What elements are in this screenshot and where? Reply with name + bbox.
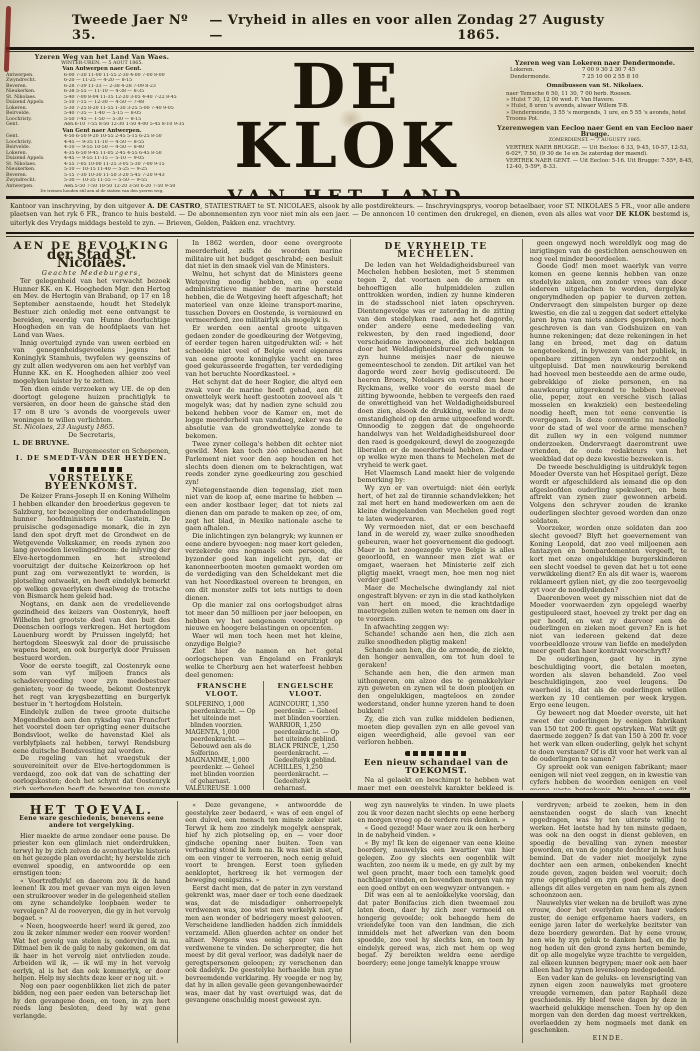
section-heading: VORSTELYKE BYEENKOMST. — [13, 476, 170, 491]
paragraph: Wy vermoeden niet, dat er een beschaefd … — [358, 524, 515, 586]
section-heading: HET TOEVAL. — [13, 806, 170, 814]
articles-band: AEN DE BEVOLKINGder Stad St. Nicolaes.Ge… — [0, 239, 700, 790]
train-schedule-right: Yzeren weg van Lokeren naer Dendermonde.… — [496, 52, 694, 196]
paragraph: Wy zyn er van overtuigd: niet één eerlyk… — [358, 485, 515, 524]
newspaper-subtitle: VAN HET LAND VAN WAES. — [198, 186, 496, 196]
feuilleton-column-1: HET TOEVAL.Eene ware geschiedenis, benev… — [6, 801, 177, 1043]
paragraph: geen ongewyd noch wereldlyk oog mag de i… — [530, 240, 687, 263]
feuilleton-rule — [10, 793, 690, 798]
fleet-item: MAGENTA, 1,000 peerdenkracht. — Gebouwd … — [185, 729, 259, 757]
fleet-item: ACHILLES, 1,250 peerdenkracht. — Gedeelt… — [269, 764, 343, 791]
column-4: geen ongewyd noch wereldlyk oog mag de i… — [522, 239, 694, 790]
paragraph: Nietegenstaende dien tegenslag, ziet men… — [185, 487, 342, 533]
paragraph: Hier maekte de arme zondaer eene pause. … — [13, 833, 170, 878]
issue-date: Zondag 27 Augusty 1865. — [457, 13, 642, 43]
schedule-row: Gent.Aen.6-10 7-55 8-50 12-30 1-50 4-00 … — [6, 122, 198, 128]
paragraph: Gy spreekt ook van eenigen fabrikant; ma… — [530, 764, 687, 790]
section-heading: Yzeren weg van Lokeren naer Dendermonde. — [496, 60, 694, 66]
section-heading: Een nieuw schandael van de TOEKOMST. — [358, 760, 515, 775]
paragraph: Eerst dacht men, dat de pater in zyn ver… — [185, 885, 342, 1005]
paragraph: Schande aen hen, die den armen man uitho… — [358, 670, 515, 716]
paragraph: De ouderlingen, gaet hy in zyne beschuld… — [530, 656, 687, 710]
paragraph: « Neen, hoogweerde heer! werd ik gered, … — [13, 923, 170, 983]
paragraph: Op die manier zal ons oorlogsbudget alra… — [185, 602, 342, 633]
section-heading: Yzerenwegen van Eecloo naer Gent en van … — [496, 125, 694, 138]
paragraph: Het Vlaemsch Land maekt hier de volgende… — [358, 470, 515, 485]
paragraph: Na al gelaekt en beschimpt te hebben wat… — [358, 777, 515, 790]
fleet-item: SOLFERINO, 1,000 peerdenkracht. — Op het… — [185, 701, 259, 729]
column-2: In 1862 werden, door eene overgroote mee… — [177, 239, 349, 790]
fleet-item: AGINCOURT, 1,350 peerdenkr. — Geheel met… — [269, 701, 343, 722]
fleet-heading: FRANSCHE VLOOT. — [185, 683, 259, 698]
paragraph: De leden van het Weldadigheidsbureel van… — [358, 262, 515, 470]
ornament-divider — [61, 467, 123, 472]
paragraph: Waer wil men toch heen met het kleine, o… — [185, 633, 342, 648]
column-1: AEN DE BEVOLKINGder Stad St. Nicolaes.Ge… — [6, 239, 177, 790]
train-schedule-left: Yzeren Weg van het Land Van Waes.WINTER-… — [6, 52, 198, 196]
paragraph: Nog een paer oogenblikken liet zich de p… — [13, 983, 170, 1021]
fleet-item: WARRIOR, 1,250 peerdenkracht. — Op het u… — [269, 722, 343, 743]
section-heading: Omnibussen van St. Nikolaes. — [496, 83, 694, 89]
masthead: DE KLOK VAN HET LAND VAN WAES. WEEKBLAD … — [198, 52, 496, 196]
paragraph: De regeling van het vraegstuk der souver… — [13, 755, 170, 790]
subscription-notice: Kantoor van inschryving, by den uitgever… — [0, 199, 700, 229]
dateline-row: Tweede Jaer Nº 35. — Vryheid in alles en… — [0, 0, 700, 45]
paragraph: Ter gelegenheid van het verwacht bezoek … — [13, 278, 170, 340]
paragraph: Twee zyner collega's hebben dit echter n… — [185, 441, 342, 487]
section-heading: Yzeren Weg van het Land Van Waes. — [6, 55, 198, 61]
paragraph: Nauwelyks vier weken na de bruiloft was … — [530, 900, 687, 975]
paragraph: VERTREK NAER GENT. — Uit Eecloo: 5-16. U… — [496, 158, 694, 171]
paragraph: « Deze gevangene, » antwoordde de geeste… — [185, 802, 342, 885]
paragraph: Een vader kan de geluks- en levensrigtin… — [530, 975, 687, 1035]
paragraph: Het schynt dat de heer Rogier, die altyd… — [185, 379, 342, 441]
paragraph: Schande! schande aen hen, die zich aen z… — [358, 631, 515, 646]
fleet-column: FRANSCHE VLOOT.SOLFERINO, 1,000 peerdenk… — [185, 681, 263, 790]
schedule-row: Dendermonde.7 25 10 00 2 55 8 10 — [496, 74, 694, 80]
fleet-item: MAGNANIME, 1,000 peerdenkr. — Geheel met… — [185, 757, 259, 785]
paragraph: Zy, die zich van zulke middelen bedienen… — [358, 716, 515, 747]
paragraph: « Goed gezegd! Maer waer zou ik een herb… — [358, 825, 515, 840]
section-heading: Eene ware geschiedenis, benevens eene an… — [13, 815, 170, 830]
feuilleton-column-3: weg zyn nauwelyks te vinden. In uwe plae… — [350, 801, 522, 1043]
feuilleton-band: HET TOEVAL.Eene ware geschiedenis, benev… — [0, 801, 700, 1043]
paragraph: « Voortreffelyk! en daerom zou ik de han… — [13, 878, 170, 923]
notice-text: Kantoor van inschryving, by den uitgever… — [10, 202, 690, 227]
paragraph: Nogtans, en dank aen de vredelievende ge… — [13, 601, 170, 663]
section-heading: DE VRYHEID TE MECHELEN. — [358, 244, 515, 259]
ornament-divider — [405, 751, 467, 756]
paragraph: Daerenboven weet gy misschien niet dat d… — [530, 595, 687, 657]
feuilleton-column-4: verdryven; arbeid te zoeken, hem in den … — [522, 801, 694, 1043]
paragraph: Voorzeker, worden onze soldaten dan zoo … — [530, 525, 687, 594]
fleet-heading: ENGELSCHE VLOOT. — [269, 683, 343, 698]
paragraph: Die inlichtingen zyn belangryk; wy kunne… — [185, 533, 342, 602]
paragraph: » Dendermonde, 3 55 's morgends, 1 ure, … — [496, 110, 694, 123]
paragraph: In 1862 werden, door eene overgroote mee… — [185, 240, 342, 271]
issue-number: Tweede Jaer Nº 35. — [72, 13, 209, 43]
feuilleton-column-2: « Deze gevangene, » antwoordde de geeste… — [177, 801, 349, 1043]
paragraph: « By my! Ik ken de eigenaer van eene kle… — [358, 840, 515, 893]
paragraph: Er werden een aental groote uitgaven ged… — [185, 325, 342, 379]
paragraph: Goede God! men moet waerlyk van verre ko… — [530, 263, 687, 463]
notice-rule — [6, 232, 694, 237]
newspaper-page: Tweede Jaer Nº 35. — Vryheid in alles en… — [0, 0, 700, 1051]
fleet-item: VALEUREUSE, 1,000 peerdenkracht. — Gehee… — [185, 785, 259, 791]
paragraph: Dit was een al te aenlokkelyke voorslag,… — [358, 892, 515, 967]
paragraph: Ziet hier de namen en het getal oorlogsc… — [185, 648, 342, 679]
paragraph: De Keizer Frans-Joseph II en Koning Wilh… — [13, 493, 170, 601]
paragraph: VERTREK NAER BRUGGE. — Uit Eecloo: 6 33,… — [496, 145, 694, 158]
paragraph: verdryven; arbeid te zoeken, hem in den … — [530, 802, 687, 900]
text-line: De treinen houden stil aen al de statien… — [6, 189, 198, 194]
paragraph: weg zyn nauwelyks te vinden. In uwe plae… — [358, 802, 515, 825]
paragraph: Schande aen hen, die de armoede, de ziek… — [358, 647, 515, 670]
paragraph: Gy beweert nog dat Moeder overste, uit h… — [530, 710, 687, 764]
paragraph: Welnu, het schynt dat de Ministers geene… — [185, 271, 342, 325]
column-3: DE VRYHEID TE MECHELEN.De leden van het … — [350, 239, 522, 790]
text-line: EINDE. — [530, 1035, 687, 1043]
paragraph: Ten dien einde verzoeken wy UE. de op de… — [13, 386, 170, 425]
fleet-list: FRANSCHE VLOOT.SOLFERINO, 1,000 peerdenk… — [185, 681, 342, 790]
paragraph: Voor de eerste toegift, zal Oostenryk ee… — [13, 663, 170, 709]
motto: — Vryheid in alles en voor allen — — [209, 13, 457, 43]
paragraph: Eindelyk zullen de twee groote duitsche … — [13, 709, 170, 755]
section-heading: der Stad St. Nicolaes. — [13, 252, 170, 267]
newspaper-title: DE KLOK — [198, 58, 496, 176]
fleet-column: ENGELSCHE VLOOT.AGINCOURT, 1,350 peerden… — [263, 681, 343, 790]
masthead-band: Yzeren Weg van het Land Van Waes.WINTER-… — [0, 52, 700, 196]
paragraph: Maer de Mechelsche dwinglandy zal niet o… — [358, 585, 515, 624]
fleet-item: BLACK PRINCE, 1,250 peerdenkracht. — Ged… — [269, 743, 343, 764]
paragraph: Innig overtuigd zynde van uwen eerbied e… — [13, 340, 170, 386]
paragraph: De tweede beschuldiging is uitdruklyk te… — [530, 464, 687, 526]
text-line: I. DE SMEDT-VAN DER HEYDEN. — [13, 455, 170, 463]
